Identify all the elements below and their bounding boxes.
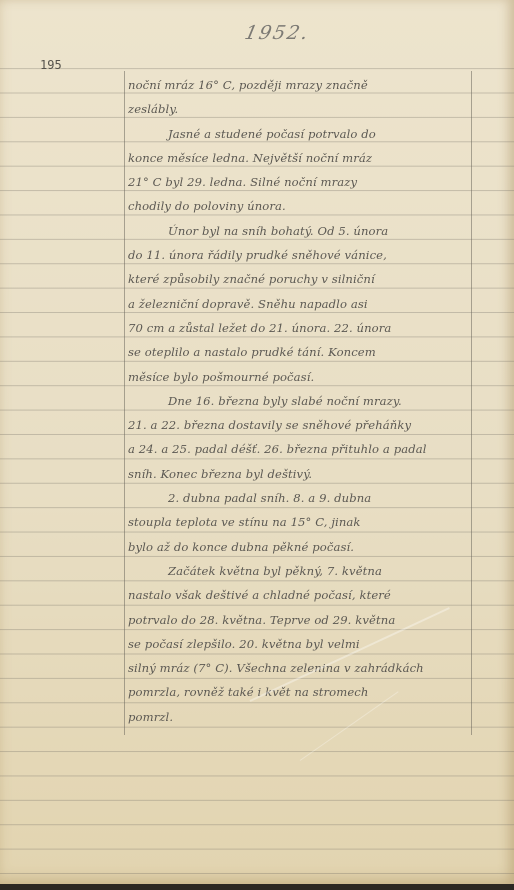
year-heading: 1952. [243, 22, 312, 44]
handwritten-line: které způsobily značné poruchy v silničn… [128, 267, 468, 291]
handwritten-line: do 11. února řádily prudké sněhové vánic… [128, 243, 468, 267]
handwritten-line: Dne 16. března byly slabé noční mrazy. [128, 389, 468, 413]
handwritten-line: pomrzla, rovněž také i květ na stromech [128, 680, 468, 704]
handwritten-entry: noční mráz 16° C, později mrazy značněze… [128, 73, 468, 729]
handwritten-line: a železniční dopravě. Sněhu napadlo asi [128, 292, 468, 316]
handwritten-line: 70 cm a zůstal ležet do 21. února. 22. ú… [128, 316, 468, 340]
handwritten-line: 21. a 22. března dostavily se sněhové př… [128, 413, 468, 437]
handwritten-line: nastalo však deštivé a chladné počasí, k… [128, 583, 468, 607]
page-bottom-edge [0, 884, 514, 890]
handwritten-line: chodily do poloviny února. [128, 194, 468, 218]
handwritten-line: stoupla teplota ve stínu na 15° C, jinak [128, 510, 468, 534]
handwritten-line: potrvalo do 28. května. Teprve od 29. kv… [128, 608, 468, 632]
handwritten-line: zeslábly. [128, 97, 468, 121]
ledger-page: 1952. 195 noční mráz 16° C, později mraz… [0, 0, 514, 884]
page-number: 195 [40, 58, 62, 72]
handwritten-line: sníh. Konec března byl deštivý. [128, 462, 468, 486]
handwritten-line: pomrzl. [128, 705, 468, 729]
handwritten-line: Jasné a studené počasí potrvalo do [128, 122, 468, 146]
handwritten-line: Začátek května byl pěkný, 7. května [128, 559, 468, 583]
handwritten-line: se oteplilo a nastalo prudké tání. Konce… [128, 340, 468, 364]
handwritten-line: 2. dubna padal sníh. 8. a 9. dubna [128, 486, 468, 510]
handwritten-line: a 24. a 25. padal déšť. 26. března přitu… [128, 437, 468, 461]
handwritten-line: 21° C byl 29. ledna. Silné noční mrazy [128, 170, 468, 194]
handwritten-line: Únor byl na sníh bohatý. Od 5. února [128, 219, 468, 243]
handwritten-line: noční mráz 16° C, později mrazy značně [128, 73, 468, 97]
handwritten-line: měsíce bylo pošmourné počasí. [128, 365, 468, 389]
handwritten-line: se počasí zlepšilo. 20. května byl velmi [128, 632, 468, 656]
handwritten-line: bylo až do konce dubna pěkné počasí. [128, 535, 468, 559]
handwritten-line: konce měsíce ledna. Největší noční mráz [128, 146, 468, 170]
